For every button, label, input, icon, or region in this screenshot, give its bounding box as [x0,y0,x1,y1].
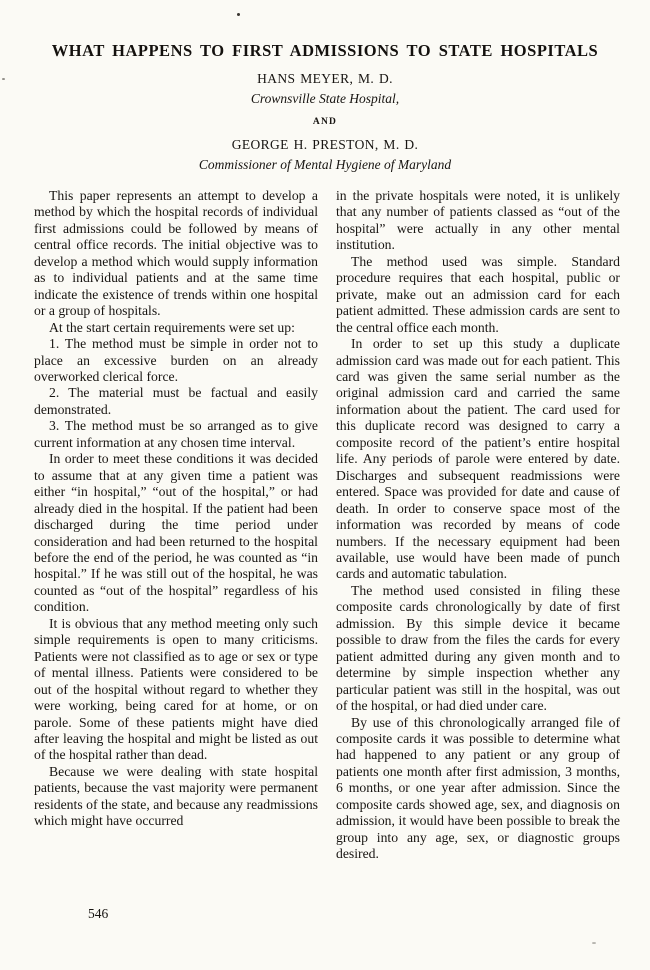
two-column-body: This paper represents an attempt to deve… [0,173,650,863]
paragraph-continuation: in the private hospitals were noted, it … [336,188,620,254]
paragraph: The method used was simple. Standard pro… [336,254,620,336]
numbered-item: 3. The method must be so arranged as to … [34,418,318,451]
scan-speck [237,13,240,16]
and-connector: AND [0,117,650,127]
right-column: in the private hospitals were noted, it … [336,188,620,863]
paragraph: The method used consisted in filing thes… [336,583,620,715]
author-name: HANS MEYER, M. D. [0,71,650,87]
paragraph: In order to set up this study a duplicat… [336,336,620,583]
paragraph: It is obvious that any method meeting on… [34,616,318,764]
scan-speck [2,78,5,80]
author-affiliation: Commissioner of Mental Hygiene of Maryla… [0,157,650,173]
paper-title: WHAT HAPPENS TO FIRST ADMISSIONS TO STAT… [0,41,650,61]
author-name: GEORGE H. PRESTON, M. D. [0,137,650,153]
scan-speck [592,942,596,944]
paragraph: By use of this chronologically arranged … [336,715,620,863]
scanned-paper-page: WHAT HAPPENS TO FIRST ADMISSIONS TO STAT… [0,0,650,970]
paragraph: At the start certain requirements were s… [34,320,318,336]
left-column: This paper represents an attempt to deve… [34,188,318,863]
author-affiliation: Crownsville State Hospital, [0,91,650,107]
paragraph: In order to meet these conditions it was… [34,451,318,616]
paragraph: This paper represents an attempt to deve… [34,188,318,320]
numbered-item: 1. The method must be simple in order no… [34,336,318,385]
paragraph: Because we were dealing with state hospi… [34,764,318,830]
numbered-item: 2. The material must be factual and easi… [34,385,318,418]
title-block: WHAT HAPPENS TO FIRST ADMISSIONS TO STAT… [0,0,650,173]
page-number: 546 [88,906,108,922]
